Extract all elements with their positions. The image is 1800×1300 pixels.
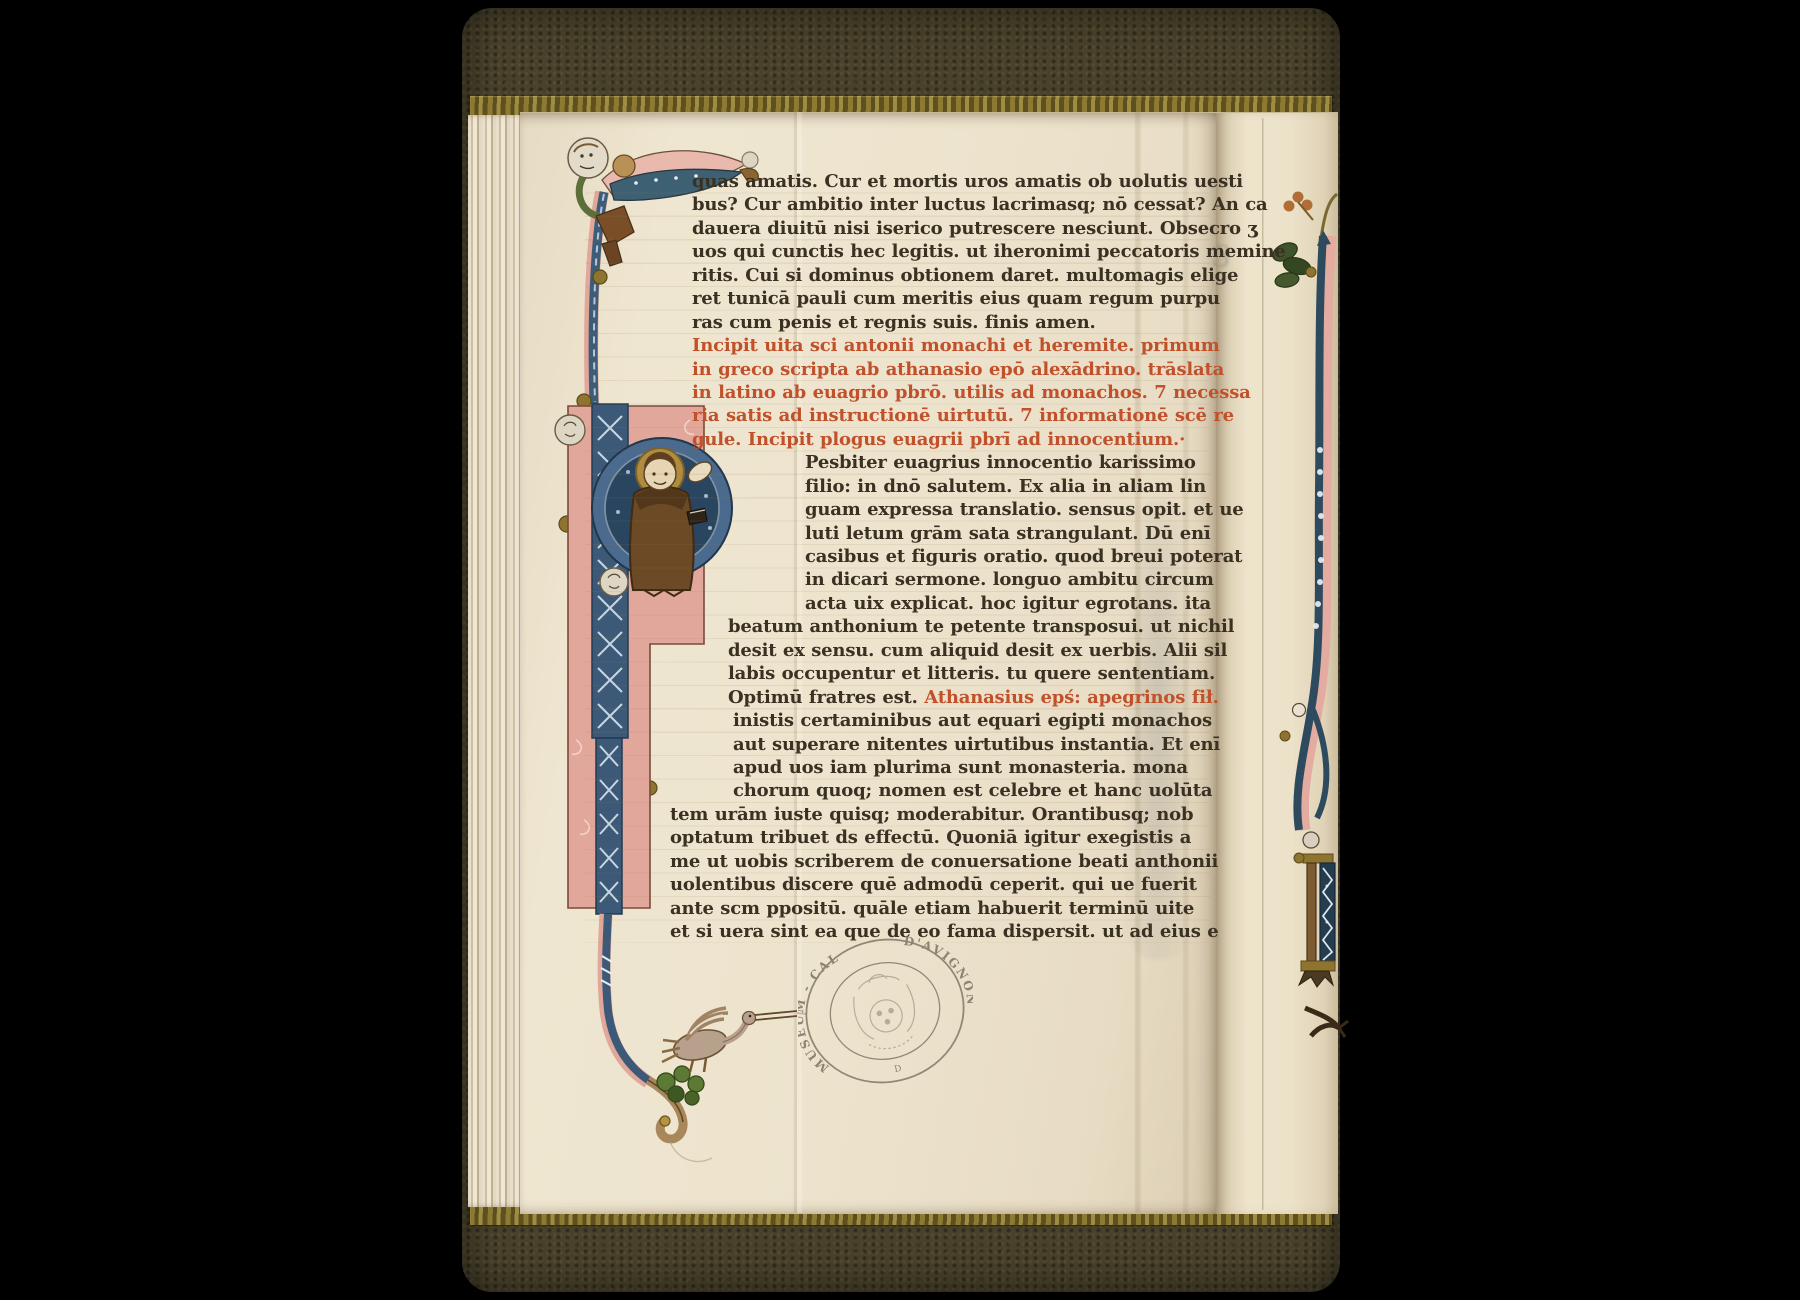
stacked-leaf-edges (468, 115, 526, 1207)
manuscript-photo: 3 (0, 0, 1800, 1300)
claw-tail (1305, 1008, 1348, 1037)
stork-drawing (662, 1008, 807, 1072)
text-line: ria satis ad instructionē uirtutū. 7 inf… (692, 404, 1210, 427)
text-line: tem urām iuste quisq; moderabitur. Orant… (670, 803, 1210, 826)
stamp-emblem (848, 968, 923, 1054)
text-line: Pesbiter euagrius innocentio karissimo (805, 451, 1210, 474)
text-line: inistis certaminibus aut equari egipti m… (733, 709, 1210, 732)
text-line: uos qui cunctis hec legitis. ut iheronim… (692, 240, 1210, 263)
text-line: ritis. Cui si dominus obtionem daret. mu… (692, 264, 1210, 287)
text-line: me ut uobis scriberem de conuersatione b… (670, 850, 1210, 873)
text-line: ret tunicā pauli cum meritis eius quam r… (692, 287, 1210, 310)
text-line: in dicari sermone. longuo ambitu circum (805, 568, 1210, 591)
text-line: casibus et figuris oratio. quod breui po… (805, 545, 1210, 568)
text-line: uolentibus discere quē admodū ceperit. q… (670, 873, 1210, 896)
text-line: desit ex sensu. cum aliquid desit ex uer… (728, 639, 1210, 662)
text-line: apud uos iam plurima sunt monasteria. mo… (733, 756, 1210, 779)
text-line: bus? Cur ambitio inter luctus lacrimasq;… (692, 193, 1210, 216)
text-line: Optimū fratres est. Athanasius epś: apeg… (728, 686, 1210, 709)
text-line: aut superare nitentes uirtutibus instant… (733, 733, 1210, 756)
text-line: gule. Incipit plogus euagrii pbrī ad inn… (692, 428, 1210, 451)
pillar-ornament (1294, 853, 1335, 987)
right-border-illumination (1265, 150, 1350, 1050)
foliage-cluster (657, 1066, 704, 1105)
museum-stamp: MUSEUM - CALVET D'AVIGNON D (798, 932, 973, 1094)
text-line: acta uix explicat. hoc igitur egrotans. … (805, 592, 1210, 615)
text-line: chorum quoq; nomen est celebre et hanc u… (733, 779, 1210, 802)
text-line: guam expressa translatio. sensus opit. e… (805, 498, 1210, 521)
text-line: optatum tribuet ds effectū. Quoniā igitu… (670, 826, 1210, 849)
text-line: in greco scripta ab athanasio epō alexād… (692, 358, 1210, 381)
text-line: labis occupentur et litteris. tu quere s… (728, 662, 1210, 685)
text-line: filio: in dnō salutem. Ex alia in aliam … (805, 475, 1210, 498)
text-block: quas amatis. Cur et mortis uros amatis o… (585, 170, 1210, 943)
svg-text:D'AVIGNON: D'AVIGNON (900, 932, 973, 1019)
border-bar-right (1280, 230, 1331, 848)
text-line: Incipit uita sci antonii monachi et here… (692, 334, 1210, 357)
text-line: ras cum penis et regnis suis. finis amen… (692, 311, 1210, 334)
text-line: ante scm ppositū. quāle etiam habuerit t… (670, 897, 1210, 920)
text-line: luti letum grām sata strangulant. Dū enī (805, 522, 1210, 545)
stamp-bottom-mark: D (893, 1064, 902, 1075)
text-line: dauera diuitū nisi iserico putrescere ne… (692, 217, 1210, 240)
stamp-text-right: D'AVIGNON (900, 932, 973, 1019)
text-line: beatum anthonium te petente transposui. … (728, 615, 1210, 638)
text-line: in latino ab euagrio pbrō. utilis ad mon… (692, 381, 1210, 404)
text-line: quas amatis. Cur et mortis uros amatis o… (692, 170, 1210, 193)
